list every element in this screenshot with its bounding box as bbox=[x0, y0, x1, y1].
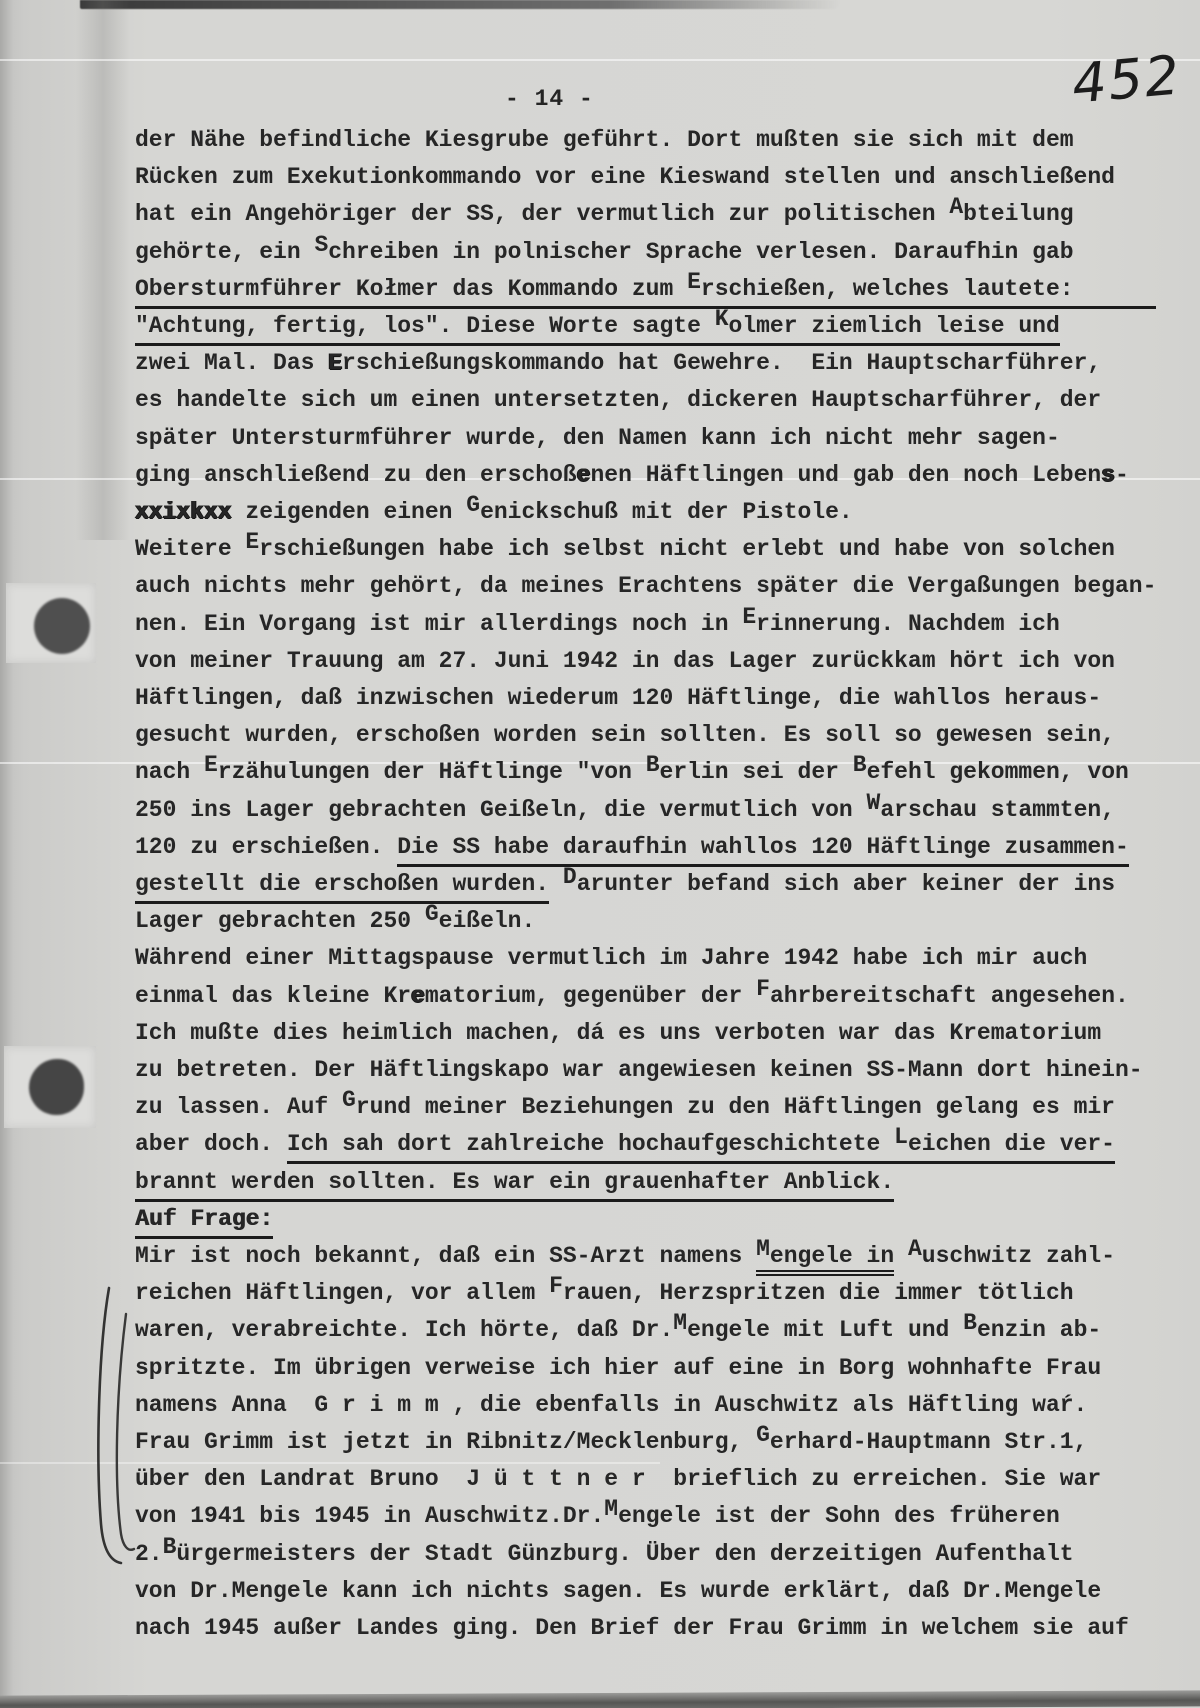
text-line: xxixkxx zeigenden einen Genickschuß mit … bbox=[135, 500, 853, 525]
text-line: spritzte. Im übrigen verweise ich hier a… bbox=[135, 1356, 1101, 1381]
scanned-document-page: 452 - 14 - der Nähe befindliche Kiesgrub… bbox=[0, 0, 1200, 1708]
text-line: Rücken zum Exekutionkommando vor eine Ki… bbox=[135, 165, 1115, 190]
text-line: zu betreten. Der Häftlingskapo war angew… bbox=[135, 1058, 1143, 1083]
margin-bracket-mark bbox=[85, 1280, 147, 1576]
text-line: Frau Grimm ist jetzt in Ribnitz/Mecklenb… bbox=[135, 1430, 1087, 1455]
text-line: später Untersturmführer wurde, den Namen… bbox=[135, 426, 1060, 451]
text-line: Mir ist noch bekannt, daß ein SS-Arzt na… bbox=[135, 1244, 1115, 1269]
text-line: es handelte sich um einen untersetzten, … bbox=[135, 388, 1101, 413]
text-line: zwei Mal. Das Erschießungskommando hat G… bbox=[135, 351, 1101, 376]
text-line: auch nichts mehr gehört, da meines Erach… bbox=[135, 574, 1156, 599]
text-line: nen. Ein Vorgang ist mir allerdings noch… bbox=[135, 612, 1060, 637]
text-line: gesucht wurden, erschoßen worden sein so… bbox=[135, 723, 1115, 748]
text-line: hat ein Angehöriger der SS, der vermutli… bbox=[135, 202, 1074, 227]
text-line: 120 zu erschießen. Die SS habe daraufhin… bbox=[135, 835, 1129, 860]
text-line: reichen Häftlingen, vor allem Frauen, He… bbox=[135, 1281, 1074, 1306]
text-line: gehörte, ein Schreiben in polnischer Spr… bbox=[135, 240, 1074, 265]
text-line: 250 ins Lager gebrachten Geißeln, die ve… bbox=[135, 798, 1115, 823]
text-line: ging anschließend zu den erschoßenen Häf… bbox=[135, 463, 1129, 488]
text-line: nach Erzähulungen der Häftlinge "von Ber… bbox=[135, 760, 1129, 785]
text-line: zu lassen. Auf Grund meiner Beziehungen … bbox=[135, 1095, 1115, 1120]
text-line: Während einer Mittagspause vermutlich im… bbox=[135, 946, 1087, 971]
text-line: Auf Frage: bbox=[135, 1207, 273, 1232]
text-line: waren, verabreichte. Ich hörte, daß Dr.M… bbox=[135, 1318, 1101, 1343]
text-line: nach 1945 außer Landes ging. Den Brief d… bbox=[135, 1616, 1129, 1641]
text-line: Weitere Erschießungen habe ich selbst ni… bbox=[135, 537, 1115, 562]
text-line: namens Anna G r i m m , die ebenfalls in… bbox=[135, 1393, 1087, 1418]
text-line: Häftlingen, daß inzwischen wiederum 120 … bbox=[135, 686, 1101, 711]
text-line: über den Landrat Bruno J ü t t n e r bri… bbox=[135, 1467, 1101, 1492]
text-line: von 1941 bis 1945 in Auschwitz.Dr.Mengel… bbox=[135, 1504, 1060, 1529]
text-line: Obersturmführer Kołmer das Kommando zum … bbox=[135, 277, 1156, 302]
text-line: einmal das kleine Krematorium, gegenüber… bbox=[135, 984, 1129, 1009]
text-line: Ich mußte dies heimlich machen, dá es un… bbox=[135, 1021, 1101, 1046]
text-line: der Nähe befindliche Kiesgrube geführt. … bbox=[135, 128, 1074, 153]
text-line: von meiner Trauung am 27. Juni 1942 in d… bbox=[135, 649, 1115, 674]
text-line: aber doch. Ich sah dort zahlreiche hocha… bbox=[135, 1132, 1115, 1157]
text-line: Lager gebrachten 250 Geißeln. bbox=[135, 909, 535, 934]
text-line: "Achtung, fertig, los". Diese Worte sagt… bbox=[135, 314, 1060, 339]
typewritten-text-block: der Nähe befindliche Kiesgrube geführt. … bbox=[0, 0, 1200, 1708]
text-line: brannt werden sollten. Es war ein grauen… bbox=[135, 1170, 894, 1195]
text-line: gestellt die erschoßen wurden. Darunter … bbox=[135, 872, 1115, 897]
text-line: von Dr.Mengele kann ich nichts sagen. Es… bbox=[135, 1579, 1101, 1604]
text-line: 2.Bürgermeisters der Stadt Günzburg. Übe… bbox=[135, 1542, 1074, 1567]
